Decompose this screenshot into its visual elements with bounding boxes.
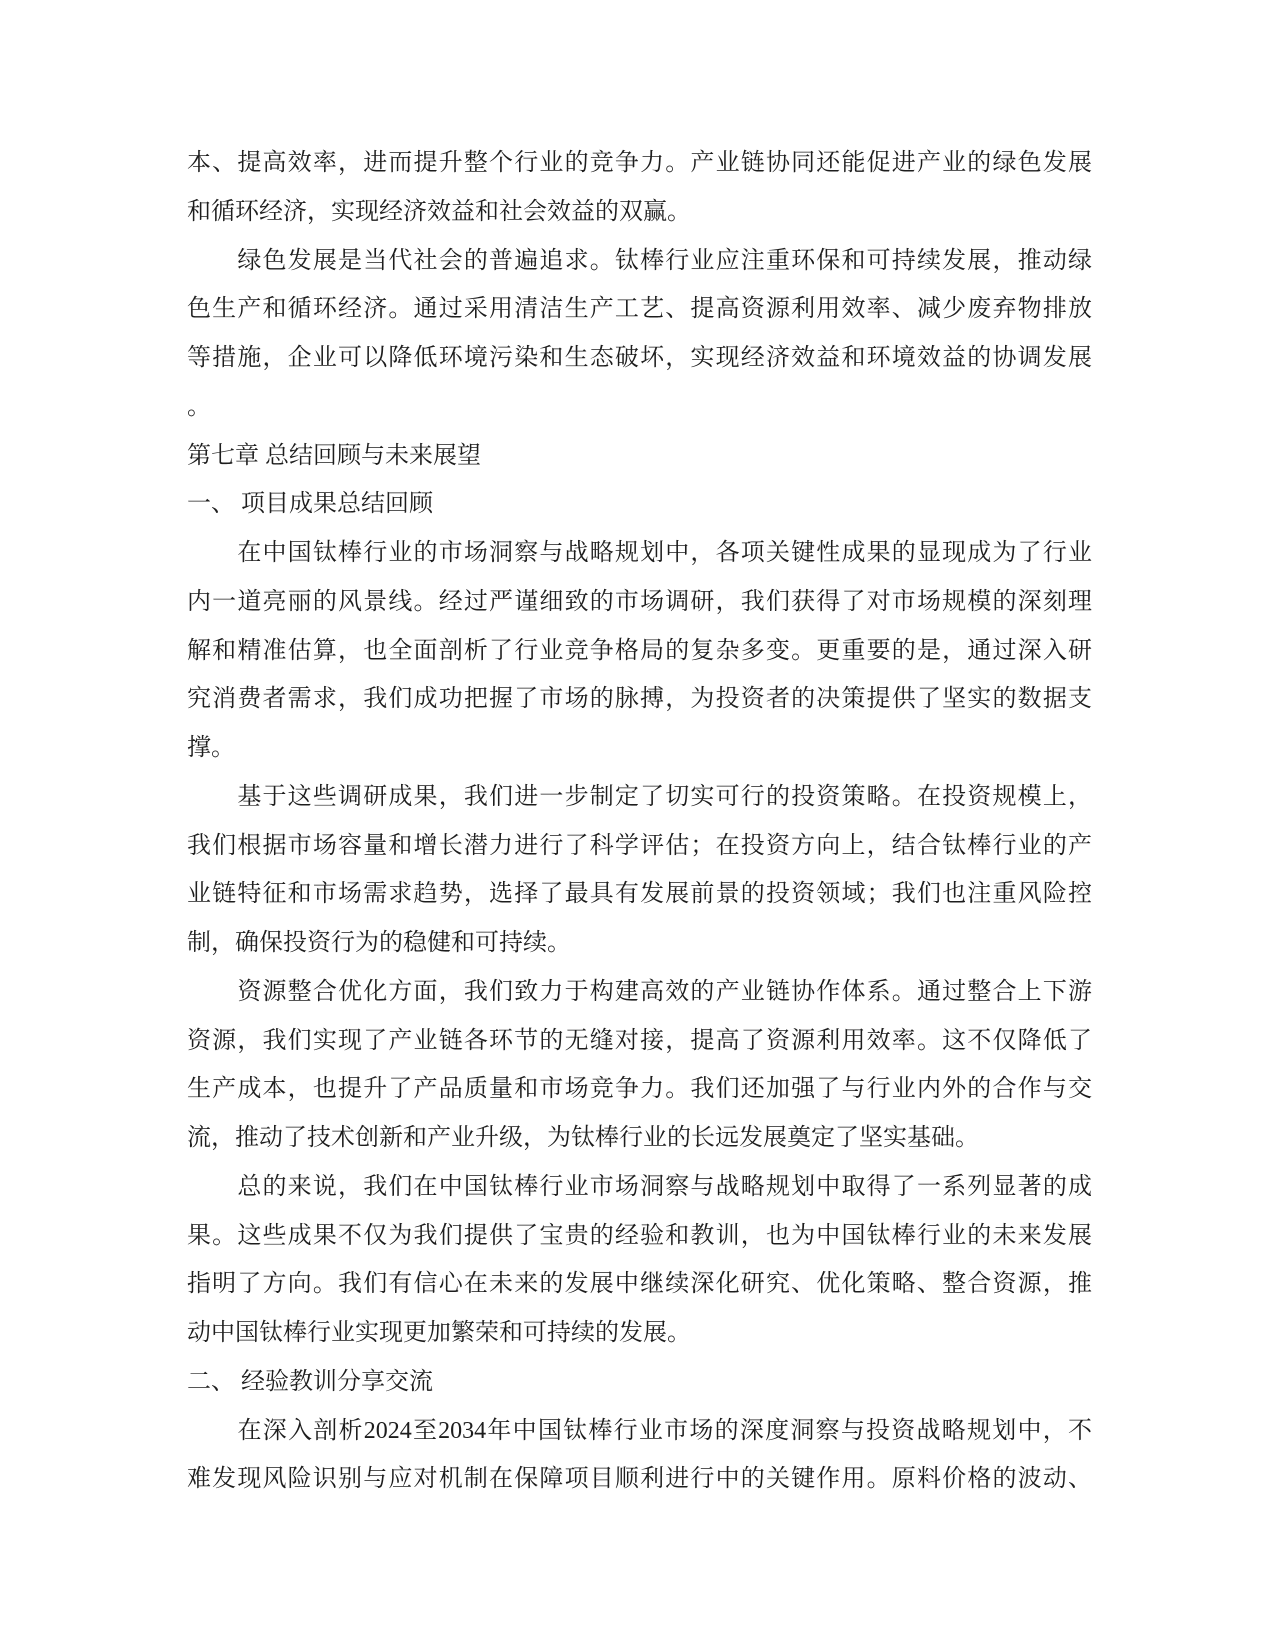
body-line: 色生产和循环经济。通过采用清洁生产工艺、提高资源利用效率、减少废弃物排放 — [187, 285, 1092, 334]
body-line: 资源整合优化方面，我们致力于构建高效的产业链协作体系。通过整合上下游 — [187, 968, 1092, 1017]
body-line: 解和精准估算，也全面剖析了行业竞争格局的复杂多变。更重要的是，通过深入研 — [187, 627, 1092, 676]
section-heading: 一、 项目成果总结回顾 — [187, 480, 1092, 529]
body-line: 果。这些成果不仅为我们提供了宝贵的经验和教训，也为中国钛棒行业的未来发展 — [187, 1212, 1092, 1261]
body-line: 绿色发展是当代社会的普遍追求。钛棒行业应注重环保和可持续发展，推动绿 — [187, 237, 1092, 286]
body-line: 撑。 — [187, 724, 1092, 773]
body-line: 生产成本，也提升了产品质量和市场竞争力。我们还加强了与行业内外的合作与交 — [187, 1065, 1092, 1114]
body-line: 在深入剖析2024至2034年中国钛棒行业市场的深度洞察与投资战略规划中，不 — [187, 1407, 1092, 1456]
document-page: 本、提高效率，进而提升整个行业的竞争力。产业链协同还能促进产业的绿色发展和循环经… — [0, 0, 1275, 1650]
body-line: 指明了方向。我们有信心在未来的发展中继续深化研究、优化策略、整合资源，推 — [187, 1260, 1092, 1309]
body-line: 制，确保投资行为的稳健和可持续。 — [187, 919, 1092, 968]
chapter-heading: 第七章 总结回顾与未来展望 — [187, 432, 1092, 481]
body-line: 总的来说，我们在中国钛棒行业市场洞察与战略规划中取得了一系列显著的成 — [187, 1163, 1092, 1212]
body-line: 在中国钛棒行业的市场洞察与战略规划中，各项关键性成果的显现成为了行业 — [187, 529, 1092, 578]
body-line: 内一道亮丽的风景线。经过严谨细致的市场调研，我们获得了对市场规模的深刻理 — [187, 578, 1092, 627]
body-line: 和循环经济，实现经济效益和社会效益的双赢。 — [187, 188, 1092, 237]
body-line: 等措施，企业可以降低环境污染和生态破坏，实现经济效益和环境效益的协调发展 — [187, 334, 1092, 383]
body-line: 难发现风险识别与应对机制在保障项目顺利进行中的关键作用。原料价格的波动、 — [187, 1455, 1092, 1504]
body-line: 动中国钛棒行业实现更加繁荣和可持续的发展。 — [187, 1309, 1092, 1358]
body-line: 本、提高效率，进而提升整个行业的竞争力。产业链协同还能促进产业的绿色发展 — [187, 139, 1092, 188]
body-line: 究消费者需求，我们成功把握了市场的脉搏，为投资者的决策提供了坚实的数据支 — [187, 675, 1092, 724]
body-line: 业链特征和市场需求趋势，选择了最具有发展前景的投资领域；我们也注重风险控 — [187, 870, 1092, 919]
body-line: 基于这些调研成果，我们进一步制定了切实可行的投资策略。在投资规模上， — [187, 773, 1092, 822]
body-line: 。 — [187, 383, 1092, 432]
section-heading: 二、 经验教训分享交流 — [187, 1358, 1092, 1407]
body-line: 我们根据市场容量和增长潜力进行了科学评估；在投资方向上，结合钛棒行业的产 — [187, 822, 1092, 871]
body-line: 资源，我们实现了产业链各环节的无缝对接，提高了资源利用效率。这不仅降低了 — [187, 1017, 1092, 1066]
document-text-block: 本、提高效率，进而提升整个行业的竞争力。产业链协同还能促进产业的绿色发展和循环经… — [187, 139, 1092, 1504]
body-line: 流，推动了技术创新和产业升级，为钛棒行业的长远发展奠定了坚实基础。 — [187, 1114, 1092, 1163]
